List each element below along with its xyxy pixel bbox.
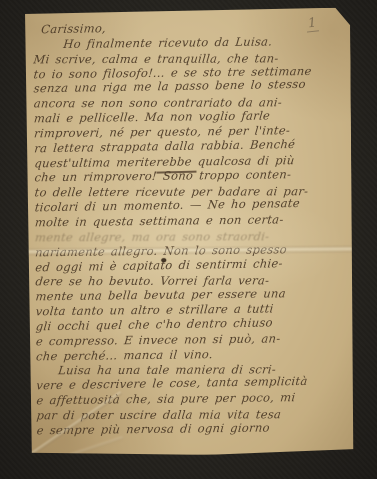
corner-fold-crease-2	[46, 436, 123, 464]
letter-line: molte in questa settimana e non certa-	[34, 211, 350, 230]
letter-line: e affettuosità che, sia pure per poco, m…	[36, 390, 352, 409]
photo-background: 1 Carissimo,Ho finalmente ricevuto da Lu…	[0, 0, 377, 479]
letter-body: Carissimo,Ho finalmente ricevuto da Luis…	[33, 20, 352, 438]
letter-line: Ho finalmente ricevuto da Luisa.	[33, 33, 349, 52]
letter-line: e sempre più nervosa di ogni giorno	[36, 419, 352, 438]
letter-paper: 1 Carissimo,Ho finalmente ricevuto da Lu…	[23, 8, 354, 457]
letter-line: che perché... manca il vino.	[35, 345, 351, 364]
ink-blot	[161, 258, 166, 262]
